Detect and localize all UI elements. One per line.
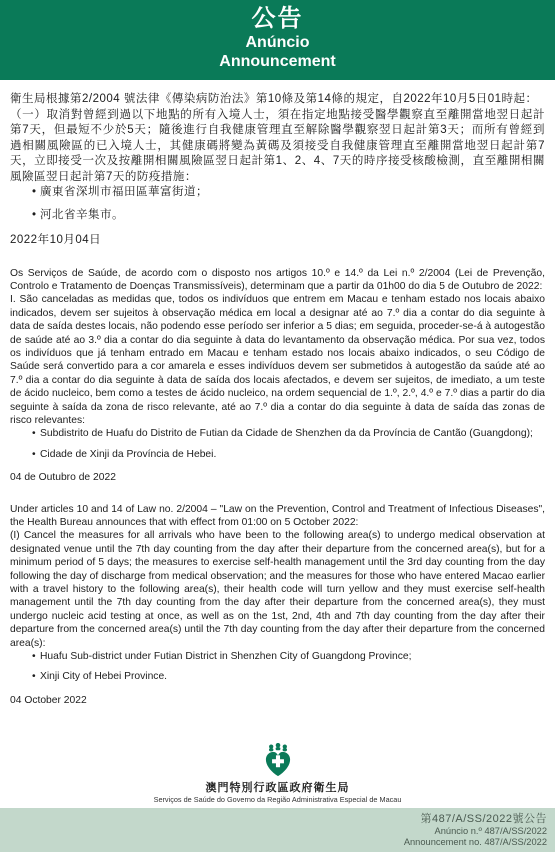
portuguese-risk-area-item: Cidade de Xinji da Província de Hebei. bbox=[10, 448, 545, 461]
announcement-footer: 澳門特別行政區政府衛生局 Serviços de Saúde do Govern… bbox=[0, 743, 555, 808]
portuguese-date: 04 de Outubro de 2022 bbox=[10, 471, 545, 484]
portuguese-intro-paragraph: Os Serviços de Saúde, de acordo com o di… bbox=[10, 267, 545, 294]
chinese-intro-paragraph: 衛生局根據第2/2004 號法律《傳染病防治法》第10條及第14條的規定，自20… bbox=[10, 92, 545, 108]
section-english: Under articles 10 and 14 of Law no. 2/20… bbox=[10, 503, 545, 708]
chinese-measures-paragraph: （一）取消對曾經到過以下地點的所有入境人士，須在指定地點接受醫學觀察直至離開當地… bbox=[10, 108, 545, 186]
page-title-english: Announcement bbox=[0, 52, 555, 71]
english-risk-area-item: Xinji City of Hebei Province. bbox=[10, 670, 545, 683]
portuguese-risk-area-item: Subdistrito de Huafu do Distrito de Futi… bbox=[10, 427, 545, 440]
chinese-risk-area-item: 河北省辛集市。 bbox=[10, 208, 545, 224]
organization-name-portuguese: Serviços de Saúde do Governo da Região A… bbox=[0, 795, 555, 804]
page-title-portuguese: Anúncio bbox=[0, 33, 555, 52]
chinese-date: 2022年10月04日 bbox=[10, 233, 545, 249]
announcement-content: 衛生局根據第2/2004 號法律《傳染病防治法》第10條及第14條的規定，自20… bbox=[0, 80, 555, 707]
section-portuguese: Os Serviços de Saúde, de acordo com o di… bbox=[10, 267, 545, 485]
english-risk-area-item: Huafu Sub-district under Futian District… bbox=[10, 650, 545, 663]
reference-number-english: Announcement no. 487/A/SS/2022 bbox=[0, 837, 547, 848]
announcement-header: 公告 Anúncio Announcement bbox=[0, 0, 555, 80]
reference-number-portuguese: Anúncio n.º 487/A/SS/2022 bbox=[0, 826, 547, 837]
portuguese-measures-paragraph: I. São canceladas as medidas que, todos … bbox=[10, 293, 545, 427]
english-date: 04 October 2022 bbox=[10, 694, 545, 707]
health-bureau-heart-cross-icon bbox=[261, 743, 295, 777]
english-measures-paragraph: (I) Cancel the measures for all arrivals… bbox=[10, 529, 545, 650]
organization-name-chinese: 澳門特別行政區政府衛生局 bbox=[0, 782, 555, 795]
english-intro-paragraph: Under articles 10 and 14 of Law no. 2/20… bbox=[10, 503, 545, 530]
reference-number-bar: 第487/A/SS/2022號公告 Anúncio n.º 487/A/SS/2… bbox=[0, 808, 555, 852]
chinese-risk-area-item: 廣東省深圳市福田區華富街道； bbox=[10, 185, 545, 201]
announcement-page: 公告 Anúncio Announcement 衛生局根據第2/2004 號法律… bbox=[0, 0, 555, 852]
section-chinese: 衛生局根據第2/2004 號法律《傳染病防治法》第10條及第14條的規定，自20… bbox=[10, 92, 545, 249]
page-title-chinese: 公告 bbox=[0, 5, 555, 33]
reference-number-chinese: 第487/A/SS/2022號公告 bbox=[0, 813, 547, 826]
